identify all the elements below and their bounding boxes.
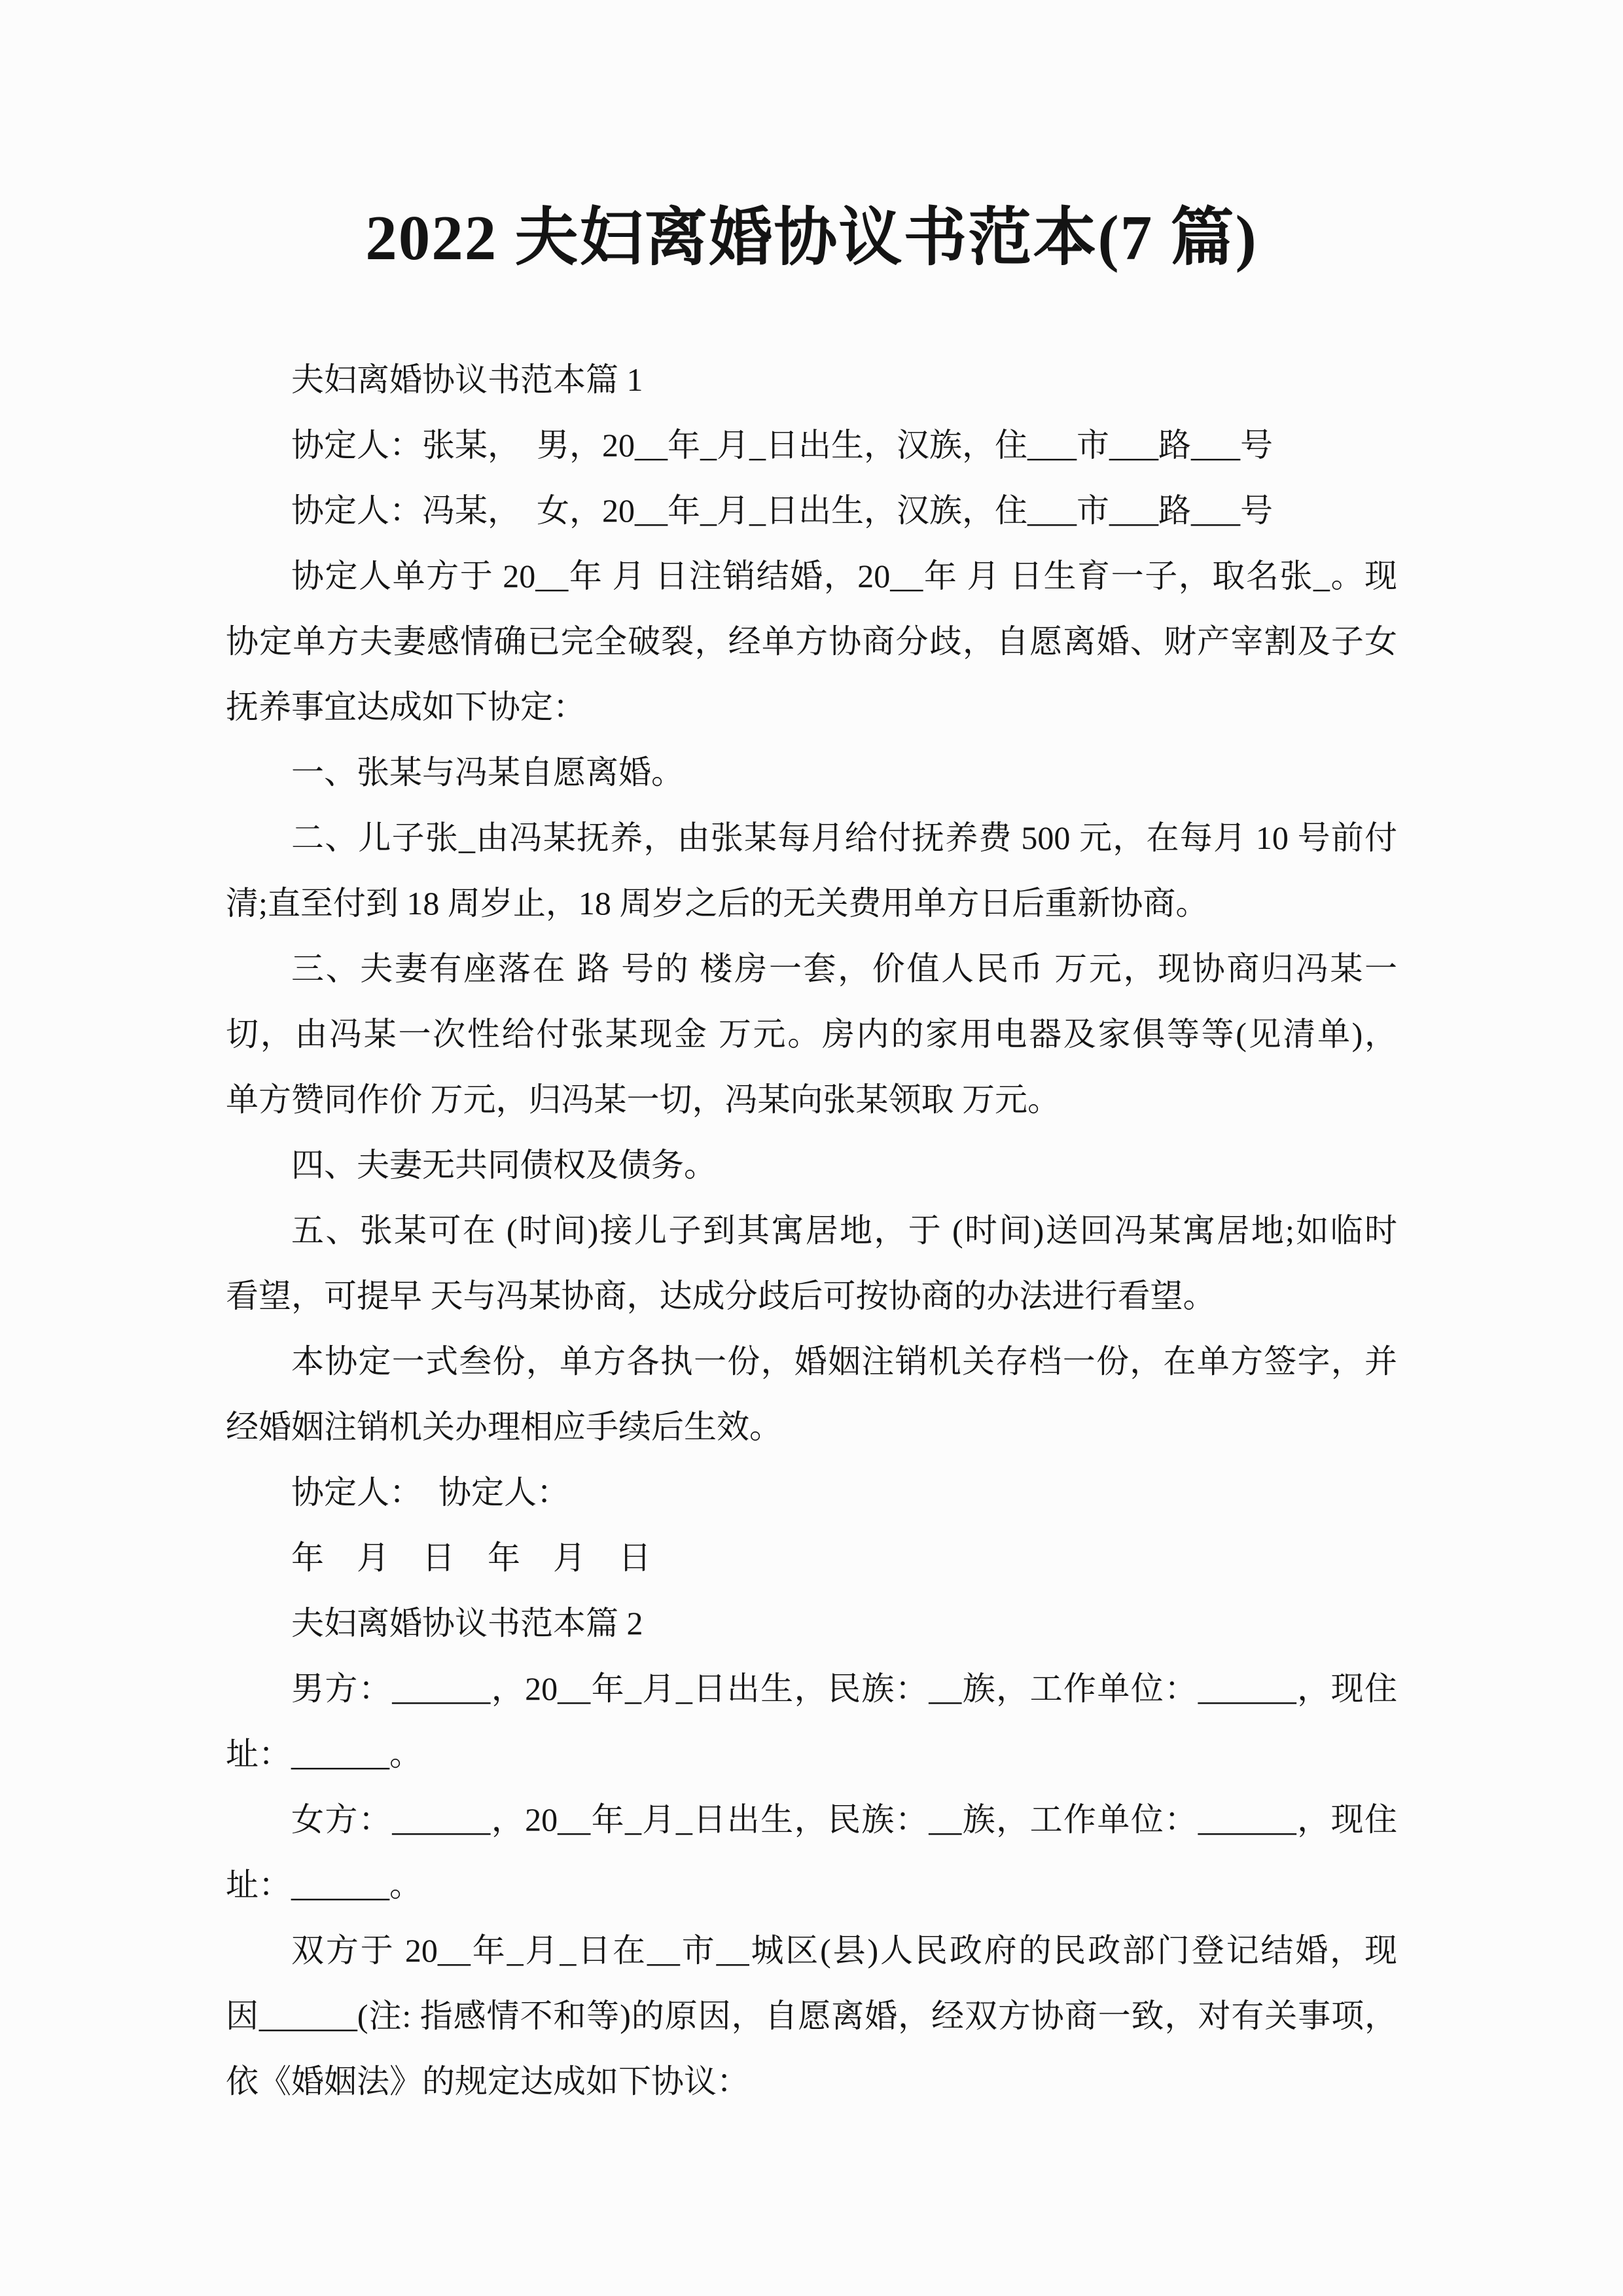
document-line: 单方赞同作价 万元，归冯某一切，冯某向张某领取 万元。 — [226, 1067, 1397, 1132]
document-line: 五、张某可在 (时间)接儿子到其寓居地，于 (时间)送回冯某寓居地;如临时 — [226, 1198, 1397, 1263]
document-line: 经婚姻注销机关办理相应手续后生效。 — [226, 1394, 1397, 1460]
document-page: 2022 夫妇离婚协议书范本(7 篇) 夫妇离婚协议书范本篇 1协定人：张某， … — [0, 0, 1623, 2296]
document-line: 依《婚姻法》的规定达成如下协议： — [226, 2049, 1397, 2114]
document-line: 协定人单方于 20__年 月 日注销结婚，20__年 月 日生育一子，取名张_。… — [226, 543, 1397, 609]
document-line: 本协定一式叁份，单方各执一份，婚姻注销机关存档一份，在单方签字，并 — [226, 1329, 1397, 1394]
document-line: 址：______。 — [226, 1721, 1397, 1787]
document-line: 夫妇离婚协议书范本篇 1 — [226, 347, 1397, 412]
document-line: 协定人：张某， 男，20__年_月_日出生，汉族，住___市___路___号 — [226, 412, 1397, 478]
document-line: 协定人：冯某， 女，20__年_月_日出生，汉族，住___市___路___号 — [226, 478, 1397, 543]
document-line: 夫妇离婚协议书范本篇 2 — [226, 1590, 1397, 1656]
document-line: 女方：______，20__年_月_日出生，民族：__族，工作单位：______… — [226, 1787, 1397, 1852]
document-line: 男方：______，20__年_月_日出生，民族：__族，工作单位：______… — [226, 1656, 1397, 1721]
document-line: 一、张某与冯某自愿离婚。 — [226, 740, 1397, 805]
document-line: 协定单方夫妻感情确已完全破裂，经单方协商分歧，自愿离婚、财产宰割及子女 — [226, 609, 1397, 674]
document-line: 切，由冯某一次性给付张某现金 万元。房内的家用电器及家俱等等(见清单)， — [226, 1001, 1397, 1067]
document-line: 因______(注: 指感情不和等)的原因，自愿离婚，经双方协商一致，对有关事项… — [226, 1983, 1397, 2049]
document-line: 址：______。 — [226, 1852, 1397, 1918]
document-line: 抚养事宜达成如下协定： — [226, 674, 1397, 740]
document-line: 四、夫妻无共同债权及债务。 — [226, 1132, 1397, 1198]
document-title: 2022 夫妇离婚协议书范本(7 篇) — [0, 206, 1623, 271]
document-line: 看望，可提早 天与冯某协商，达成分歧后可按协商的办法进行看望。 — [226, 1263, 1397, 1329]
document-line: 年 月 日 年 月 日 — [226, 1525, 1397, 1590]
document-line: 协定人： 协定人： — [226, 1460, 1397, 1525]
document-line: 清;直至付到 18 周岁止，18 周岁之后的无关费用单方日后重新协商。 — [226, 870, 1397, 936]
document-line: 二、儿子张_由冯某抚养，由张某每月给付抚养费 500 元，在每月 10 号前付 — [226, 805, 1397, 870]
document-line: 三、夫妻有座落在 路 号的 楼房一套，价值人民币 万元，现协商归冯某一 — [226, 936, 1397, 1001]
document-line: 双方于 20__年_月_日在__市__城区(县)人民政府的民政部门登记结婚，现 — [226, 1918, 1397, 1983]
document-body: 夫妇离婚协议书范本篇 1协定人：张某， 男，20__年_月_日出生，汉族，住__… — [226, 347, 1397, 2114]
